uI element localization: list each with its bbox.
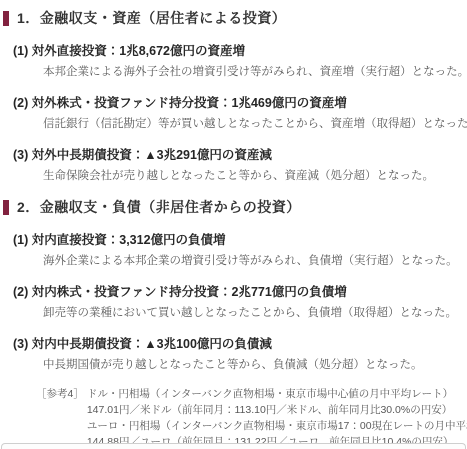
report-page: 1．金融収支・資産（居住者による投資） (1) 対外直接投資：1兆8,672億円… [0, 0, 467, 449]
liability-item-direct-investment: (1) 対内直接投資：3,312億円の負債増 海外企業による本邦企業の増資引受け… [0, 232, 467, 269]
liability-item-equity-fund-investment: (2) 対内株式・投資ファンド持分投資：2兆771億円の負債増 卸売等の業種にお… [0, 284, 467, 321]
reference-line-usd-jpy-rate: 147.01円／米ドル（前年同月：113.10円／米ドル、前年同月比30.0%の… [87, 402, 467, 418]
item-body: 中長期国債が売り越しとなったこと等から、負債減（処分超）となった。 [43, 358, 467, 373]
item-title: (2) 対外株式・投資ファンド持分投資：1兆469億円の資産増 [13, 95, 467, 112]
section-heading-assets: 1．金融収支・資産（居住者による投資） [0, 8, 467, 28]
reference-lines: ドル・円相場（インターバンク直物相場・東京市場中心値の月中平均レート） 147.… [87, 386, 467, 449]
item-body: 海外企業による本邦企業の増資引受け等がみられ、負債増（実行超）となった。 [43, 254, 467, 269]
item-title: (2) 対内株式・投資ファンド持分投資：2兆771億円の負債増 [13, 284, 467, 301]
item-body: 生命保険会社が売り越しとなったこと等から、資産減（処分超）となった。 [43, 169, 467, 184]
section-heading-text: 2．金融収支・負債（非居住者からの投資） [17, 197, 301, 217]
item-title: (1) 対外直接投資：1兆8,672億円の資産増 [13, 43, 467, 60]
item-body: 卸売等の業種において買い越しとなったことから、負債増（取得超）となった。 [43, 306, 467, 321]
liability-item-long-term-debt-investment: (3) 対内中長期債投資：▲3兆100億円の負債減 中長期国債が売り越しとなった… [0, 336, 467, 373]
reference-label: ［参考4］ [36, 386, 84, 402]
asset-item-direct-investment: (1) 対外直接投資：1兆8,672億円の資産増 本邦企業による海外子会社の増資… [0, 43, 467, 80]
item-title: (3) 対内中長期債投資：▲3兆100億円の負債減 [13, 336, 467, 353]
item-body: 本邦企業による海外子会社の増資引受け等がみられ、資産増（実行超）となった。 [43, 65, 467, 80]
next-box-top-edge [1, 443, 466, 449]
reference-line-eur-jpy-title: ユーロ・円相場（インターバンク直物相場・東京市場17：00現在レートの月中平均レ… [87, 418, 467, 434]
section-heading-text: 1．金融収支・資産（居住者による投資） [17, 8, 286, 28]
asset-item-equity-fund-investment: (2) 対外株式・投資ファンド持分投資：1兆469億円の資産増 信託銀行（信託勘… [0, 95, 467, 132]
asset-item-long-term-debt-investment: (3) 対外中長期債投資：▲3兆291億円の資産減 生命保険会社が売り越しとなっ… [0, 147, 467, 184]
reference-exchange-rates: ［参考4］ ドル・円相場（インターバンク直物相場・東京市場中心値の月中平均レート… [36, 386, 467, 449]
section-marker-bar [3, 200, 9, 215]
reference-line-usd-jpy-title: ドル・円相場（インターバンク直物相場・東京市場中心値の月中平均レート） [87, 386, 467, 402]
item-title: (3) 対外中長期債投資：▲3兆291億円の資産減 [13, 147, 467, 164]
section-heading-liabilities: 2．金融収支・負債（非居住者からの投資） [0, 197, 467, 217]
item-title: (1) 対内直接投資：3,312億円の負債増 [13, 232, 467, 249]
item-body: 信託銀行（信託勘定）等が買い越しとなったことから、資産増（取得超）となった。 [43, 117, 467, 132]
section-marker-bar [3, 11, 9, 26]
